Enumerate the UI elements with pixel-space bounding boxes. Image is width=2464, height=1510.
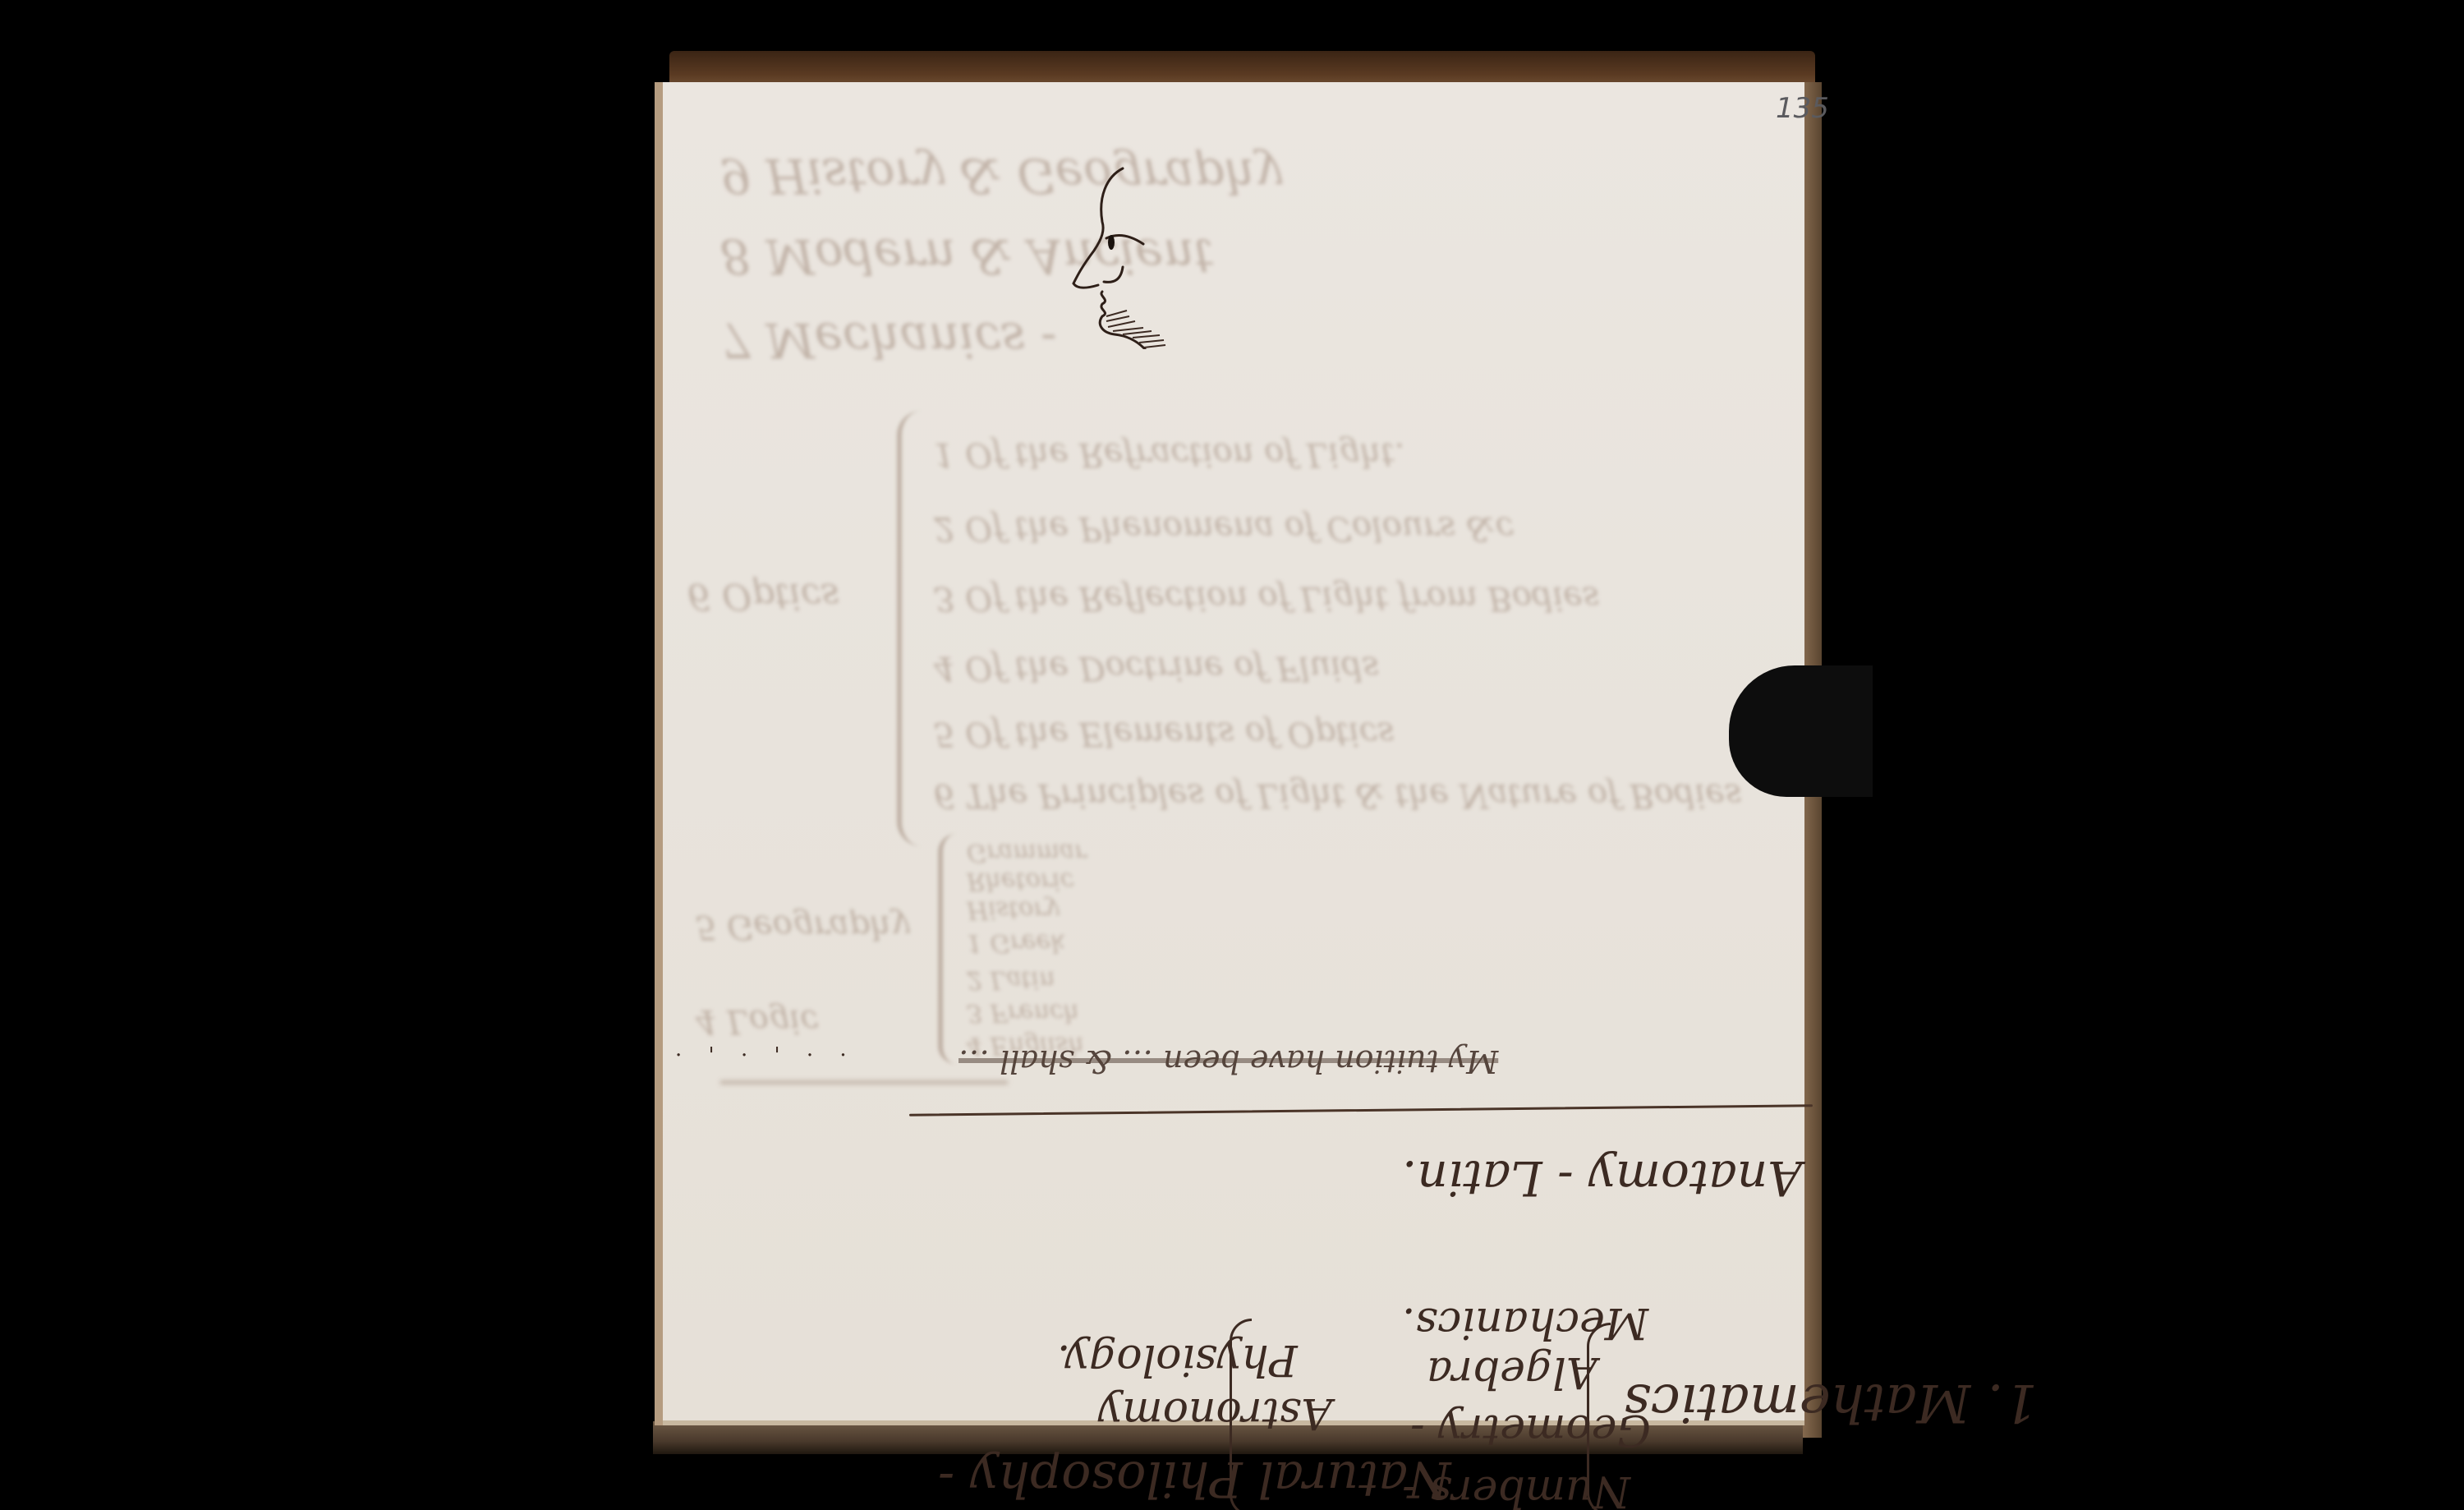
bleed-through-line: 7 Mechanics -: [720, 312, 1057, 368]
bleed-through-label: 6 Optics: [687, 575, 839, 617]
bleed-through-brace: [938, 834, 961, 1064]
outline-item-geometry: Geometry -: [1410, 1405, 1651, 1454]
manuscript-page: 135 9 History & Geography 8 Modern & Anc…: [655, 82, 1804, 1425]
line-anatomy-latin: Anatomy - Latin.: [1402, 1150, 1802, 1206]
bleed-through-item: Grammar: [967, 838, 1086, 867]
bleed-through-item: 2 Of the Phenomena of Colours &c: [934, 509, 1514, 547]
bleed-through-item: 1 Of the Refraction of Light.: [934, 435, 1404, 473]
heading-mathematics: 1. Mathematics: [1624, 1372, 2038, 1433]
bleed-through-item: 1 Greek: [967, 928, 1066, 957]
outline-item-algebra: Algebra: [1427, 1347, 1597, 1397]
heading-natural-philosophy: Natural Philosophy -: [938, 1450, 1450, 1508]
bleed-through-item: 3 French: [967, 998, 1079, 1027]
bleed-through-label: 5 Geography: [696, 908, 909, 946]
page-clip: [1729, 665, 1873, 797]
bleed-through-item: 5 Of the Elements of Optics: [934, 715, 1395, 753]
struck-through-line: My tuition have been … & shall …: [958, 1043, 1498, 1080]
bleed-through-item: Rhetoric: [967, 867, 1074, 895]
bleed-through-item: 3 Of the Reflection of Light from Bodies: [934, 579, 1600, 617]
page-number: 135: [1776, 92, 1829, 125]
bleed-through-rule: [720, 1080, 1008, 1084]
bleed-through-brace: [897, 411, 926, 846]
bleed-through-item: 6 The Principles of Light & the Nature o…: [934, 776, 1742, 814]
profile-sketch-icon: [1057, 160, 1221, 349]
ink-dots: · ' · ' · ·: [675, 1043, 857, 1068]
outline-item-mechanics: Mechanics.: [1402, 1298, 1648, 1347]
bleed-through-item: History: [967, 895, 1060, 924]
bleed-through-label: 4 Logic: [696, 1002, 819, 1040]
ink-underline: [909, 1104, 1813, 1116]
outline-item-astronomy: Astronomy: [1098, 1388, 1332, 1438]
bleed-through-item: 4 Of the Doctrine of Fluids: [934, 649, 1379, 687]
outline-item-physiology: Physiology.: [1057, 1335, 1298, 1384]
bleed-through-item: 2 Latin: [967, 965, 1055, 994]
